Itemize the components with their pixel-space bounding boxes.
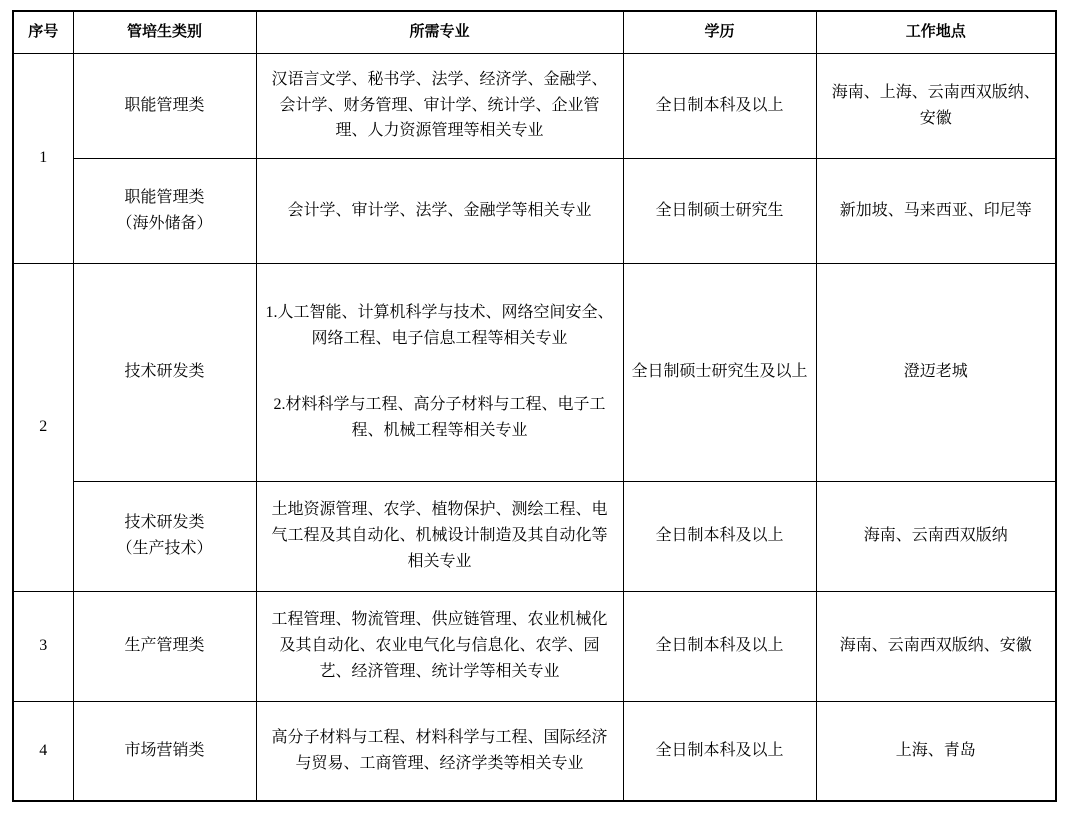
cell-category: 职能管理类 (73, 53, 256, 158)
cell-row-number: 4 (13, 701, 73, 801)
majors-paragraph: 1.人工智能、计算机科学与技术、网络空间安全、网络工程、电子信息工程等相关专业 (265, 300, 615, 352)
cell-education: 全日制本科及以上 (623, 53, 816, 158)
header-no: 序号 (13, 11, 73, 53)
cell-education: 全日制本科及以上 (623, 701, 816, 801)
cell-majors: 工程管理、物流管理、供应链管理、农业机械化及其自动化、农业电气化与信息化、农学、… (256, 591, 623, 701)
cell-location: 海南、上海、云南西双版纳、安徽 (816, 53, 1056, 158)
cell-majors: 高分子材料与工程、材料科学与工程、国际经济与贸易、工商管理、经济学类等相关专业 (256, 701, 623, 801)
table-row: 技术研发类 （生产技术） 土地资源管理、农学、植物保护、测绘工程、电气工程及其自… (13, 481, 1056, 591)
cell-majors: 1.人工智能、计算机科学与技术、网络空间安全、网络工程、电子信息工程等相关专业 … (256, 263, 623, 481)
majors-paragraph: 汉语言文学、秘书学、法学、经济学、金融学、会计学、财务管理、审计学、统计学、企业… (265, 67, 615, 145)
header-category: 管培生类别 (73, 11, 256, 53)
category-line: 技术研发类 (82, 510, 248, 536)
cell-education: 全日制硕士研究生及以上 (623, 263, 816, 481)
table-row: 1 职能管理类 汉语言文学、秘书学、法学、经济学、金融学、会计学、财务管理、审计… (13, 53, 1056, 158)
category-line: 生产管理类 (82, 633, 248, 659)
cell-location: 上海、青岛 (816, 701, 1056, 801)
cell-category: 职能管理类 （海外储备） (73, 158, 256, 263)
table-header-row: 序号 管培生类别 所需专业 学历 工作地点 (13, 11, 1056, 53)
cell-row-number: 2 (13, 263, 73, 591)
table-row: 3 生产管理类 工程管理、物流管理、供应链管理、农业机械化及其自动化、农业电气化… (13, 591, 1056, 701)
cell-category: 市场营销类 (73, 701, 256, 801)
category-line: （海外储备） (82, 211, 248, 237)
cell-education: 全日制本科及以上 (623, 481, 816, 591)
header-majors: 所需专业 (256, 11, 623, 53)
recruitment-table: 序号 管培生类别 所需专业 学历 工作地点 1 职能管理类 汉语言文学、秘书学、… (12, 10, 1057, 802)
cell-category: 技术研发类 （生产技术） (73, 481, 256, 591)
majors-paragraph: 土地资源管理、农学、植物保护、测绘工程、电气工程及其自动化、机械设计制造及其自动… (265, 497, 615, 575)
cell-category: 技术研发类 (73, 263, 256, 481)
cell-majors: 会计学、审计学、法学、金融学等相关专业 (256, 158, 623, 263)
cell-majors: 汉语言文学、秘书学、法学、经济学、金融学、会计学、财务管理、审计学、统计学、企业… (256, 53, 623, 158)
cell-location: 澄迈老城 (816, 263, 1056, 481)
table-row: 2 技术研发类 1.人工智能、计算机科学与技术、网络空间安全、网络工程、电子信息… (13, 263, 1056, 481)
category-line: 职能管理类 (82, 185, 248, 211)
cell-category: 生产管理类 (73, 591, 256, 701)
cell-row-number: 3 (13, 591, 73, 701)
majors-paragraph: 工程管理、物流管理、供应链管理、农业机械化及其自动化、农业电气化与信息化、农学、… (265, 607, 615, 685)
cell-majors: 土地资源管理、农学、植物保护、测绘工程、电气工程及其自动化、机械设计制造及其自动… (256, 481, 623, 591)
header-education: 学历 (623, 11, 816, 53)
category-line: 市场营销类 (82, 738, 248, 764)
header-location: 工作地点 (816, 11, 1056, 53)
category-line: （生产技术） (82, 536, 248, 562)
cell-education: 全日制硕士研究生 (623, 158, 816, 263)
cell-location: 海南、云南西双版纳 (816, 481, 1056, 591)
majors-paragraph: 2.材料科学与工程、高分子材料与工程、电子工程、机械工程等相关专业 (265, 392, 615, 444)
cell-location: 新加坡、马来西亚、印尼等 (816, 158, 1056, 263)
category-line: 技术研发类 (82, 359, 248, 385)
table-row: 4 市场营销类 高分子材料与工程、材料科学与工程、国际经济与贸易、工商管理、经济… (13, 701, 1056, 801)
majors-paragraph: 会计学、审计学、法学、金融学等相关专业 (265, 198, 615, 224)
majors-paragraph: 高分子材料与工程、材料科学与工程、国际经济与贸易、工商管理、经济学类等相关专业 (265, 725, 615, 777)
cell-row-number: 1 (13, 53, 73, 263)
category-line: 职能管理类 (82, 93, 248, 119)
cell-education: 全日制本科及以上 (623, 591, 816, 701)
table-row: 职能管理类 （海外储备） 会计学、审计学、法学、金融学等相关专业 全日制硕士研究… (13, 158, 1056, 263)
cell-location: 海南、云南西双版纳、安徽 (816, 591, 1056, 701)
